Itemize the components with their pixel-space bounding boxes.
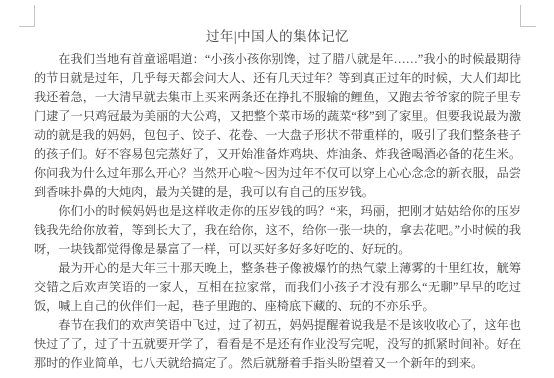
document-title: 过年|中国人的集体记忆 <box>34 27 521 47</box>
text-area: 过年|中国人的集体记忆 在我们当地有首童谣唱道：“小孩小孩你别馋，过了腊八就是年… <box>34 27 521 373</box>
document-body: 在我们当地有首童谣唱道：“小孩小孩你别馋，过了腊八就是年……”我小的时候最期待的… <box>34 50 521 373</box>
paragraph: 你们小的时候妈妈也是这样收走你的压岁钱的吗？“来，玛丽，把刚才姑姑给你的压岁钱我… <box>34 202 521 259</box>
paragraph: 最为开心的是大年三十那天晚上，整条巷子像被爆竹的热气蒙上薄雾的十里红妆，觥筹交错… <box>34 259 521 316</box>
document-page: 过年|中国人的集体记忆 在我们当地有首童谣唱道：“小孩小孩你别馋，过了腊八就是年… <box>0 0 554 378</box>
paragraph: 在我们当地有首童谣唱道：“小孩小孩你别馋，过了腊八就是年……”我小的时候最期待的… <box>34 50 521 202</box>
paragraph: 春节在我们的欢声笑语中飞过，过了初五，妈妈提醒着说我是不是该收收心了，这年也快过… <box>34 316 521 373</box>
margin-crop-mark-top-right <box>520 5 536 27</box>
margin-crop-mark-top-left <box>19 5 35 27</box>
